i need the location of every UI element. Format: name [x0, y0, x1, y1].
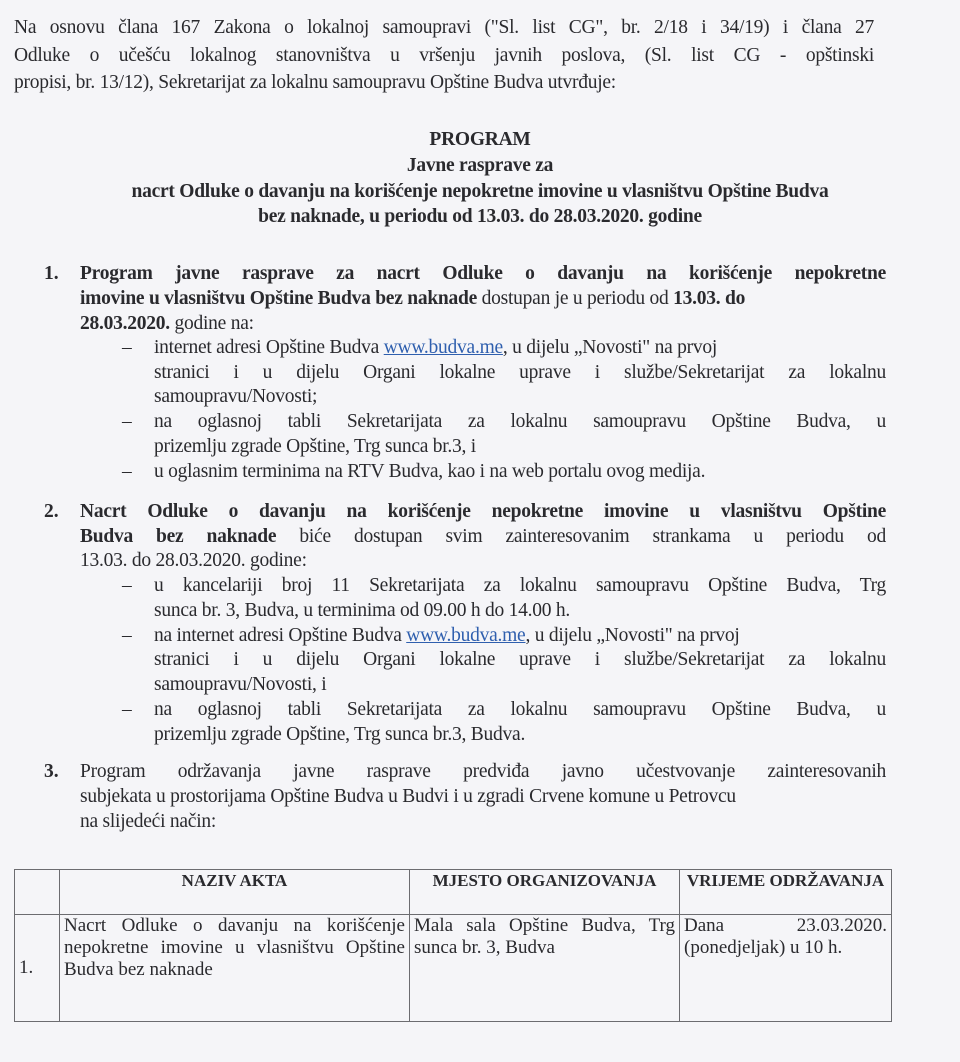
- row-vrijeme: Dana 23.03.2020. (ponedjeljak) u 10 h.: [680, 915, 892, 1022]
- document-subtitle-1: Javne rasprave za: [0, 154, 960, 178]
- item-2-bullet-1: u kancelariji broj 11 Sekretarijata za l…: [154, 574, 886, 598]
- item-2-bullet-3: na oglasnoj tabli Sekretarijata za lokal…: [154, 698, 886, 722]
- header-vrijeme: VRIJEME ODRŽAVANJA: [680, 870, 892, 915]
- item-1-bullet-2: na oglasnoj tabli Sekretarijata za lokal…: [154, 410, 886, 434]
- table-header-row: NAZIV AKTA MJESTO ORGANIZOVANJA VRIJEME …: [15, 870, 892, 915]
- item-1-line-1: Program javne rasprave za nacrt Odluke o…: [80, 262, 886, 286]
- budva-website-link[interactable]: www.budva.me: [406, 625, 525, 646]
- item-1-bullet-3: u oglasnim terminima na RTV Budva, kao i…: [154, 460, 705, 484]
- schedule-table: NAZIV AKTA MJESTO ORGANIZOVANJA VRIJEME …: [14, 869, 892, 1022]
- item-1-line-3: 28.03.2020. godine na:: [80, 312, 254, 336]
- row-number: 1.: [15, 915, 60, 1022]
- item-number: 1.: [44, 262, 59, 286]
- bullet-dash-icon: –: [122, 410, 132, 434]
- row-naziv-akta: Nacrt Odluke o davanju na korišćenje nep…: [60, 915, 410, 1022]
- item-1-bullet-2-cont: prizemlju zgrade Opštine, Trg sunca br.3…: [154, 435, 476, 459]
- item-1-bullet-1-cont-2: samoupravu/Novosti;: [154, 385, 317, 409]
- item-2-bullet-3-cont: prizemlju zgrade Opštine, Trg sunca br.3…: [154, 723, 525, 747]
- budva-website-link[interactable]: www.budva.me: [384, 337, 503, 358]
- item-2-line-1: Nacrt Odluke o davanju na korišćenje nep…: [80, 500, 886, 524]
- item-2-bullet-1-cont: sunca br. 3, Budva, u terminima od 09.00…: [154, 599, 570, 623]
- item-3-line-1: Program održavanja javne rasprave predvi…: [80, 760, 886, 784]
- intro-line-1: Na osnovu člana 167 Zakona o lokalnoj sa…: [14, 16, 874, 40]
- document-subtitle-2: nacrt Odluke o davanju na korišćenje nep…: [0, 180, 960, 204]
- intro-line-3: propisi, br. 13/12), Sekretarijat za lok…: [14, 71, 616, 95]
- intro-line-2: Odluke o učešću lokalnog stanovništva u …: [14, 44, 874, 68]
- item-2-bullet-2-cont-1: stranici i u dijelu Organi lokalne uprav…: [154, 648, 886, 672]
- table-row: 1. Nacrt Odluke o davanju na korišćenje …: [15, 915, 892, 1022]
- header-mjesto: MJESTO ORGANIZOVANJA: [410, 870, 680, 915]
- item-1-bullet-1-cont-1: stranici i u dijelu Organi lokalne uprav…: [154, 361, 886, 385]
- item-number: 3.: [44, 760, 59, 784]
- item-2-line-3: 13.03. do 28.03.2020. godine:: [80, 549, 307, 573]
- item-2-line-2: Budva bez naknade biće dostupan svim zai…: [80, 525, 886, 549]
- item-1-bullet-1: internet adresi Opštine Budva www.budva.…: [154, 336, 886, 360]
- item-number: 2.: [44, 500, 59, 524]
- header-number: [15, 870, 60, 915]
- bullet-dash-icon: –: [122, 460, 132, 484]
- document-subtitle-3: bez naknade, u periodu od 13.03. do 28.0…: [0, 205, 960, 229]
- bullet-dash-icon: –: [122, 624, 132, 648]
- item-2-bullet-2: na internet adresi Opštine Budva www.bud…: [154, 624, 886, 648]
- item-3-line-2: subjekata u prostorijama Opštine Budva u…: [80, 785, 736, 809]
- item-2-bullet-2-cont-2: samoupravu/Novosti, i: [154, 673, 326, 697]
- item-1-line-2: imovine u vlasništvu Opštine Budva bez n…: [80, 287, 886, 311]
- item-3-line-3: na slijedeći način:: [80, 810, 216, 834]
- document-page: Na osnovu člana 167 Zakona o lokalnoj sa…: [0, 0, 960, 1062]
- bullet-dash-icon: –: [122, 336, 132, 360]
- header-naziv-akta: NAZIV AKTA: [60, 870, 410, 915]
- bullet-dash-icon: –: [122, 698, 132, 722]
- bullet-dash-icon: –: [122, 574, 132, 598]
- document-title: PROGRAM: [0, 128, 960, 152]
- row-mjesto: Mala sala Opštine Budva, Trg sunca br. 3…: [410, 915, 680, 1022]
